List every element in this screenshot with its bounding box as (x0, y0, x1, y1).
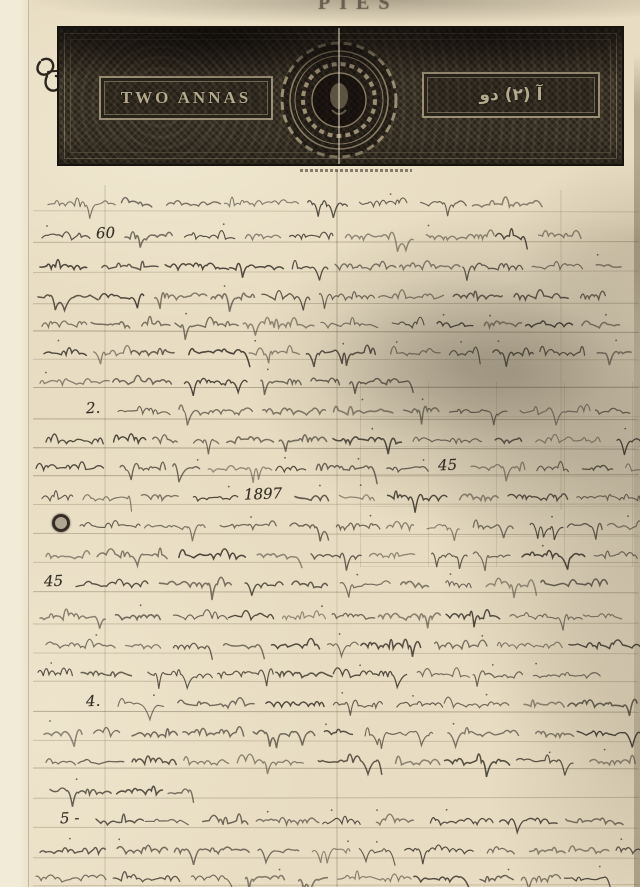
handwritten-numeral: 5 - (60, 809, 80, 828)
handwritten-numeral: 45 (438, 456, 458, 475)
fold-crease-line (336, 170, 338, 887)
paragraph-number-ink-blot (52, 514, 70, 532)
fold-crease-line (560, 190, 562, 510)
banner-ink-smudge (59, 28, 622, 164)
faint-top-stamp-text: PIES (318, 0, 398, 15)
handwritten-numeral: 1897 (244, 484, 283, 503)
handwritten-numeral: 60 (96, 224, 116, 243)
revenue-stamp-banner: TWO ANNAS آ (٢) دو (57, 26, 624, 166)
scanned-document-page: { "document": { "type": "scanned handwri… (0, 0, 640, 887)
page-left-edge (0, 0, 29, 887)
handwritten-numeral: 4. (86, 692, 101, 710)
smudge-grid-overlay (360, 382, 640, 567)
banner-fold-line (338, 28, 340, 164)
handwritten-numeral: 2. (86, 399, 101, 417)
printer-imprint-microtext (300, 169, 412, 172)
fold-crease-line (104, 185, 106, 887)
handwritten-numeral: 45 (44, 572, 64, 591)
page-right-edge-shadow (634, 0, 640, 887)
